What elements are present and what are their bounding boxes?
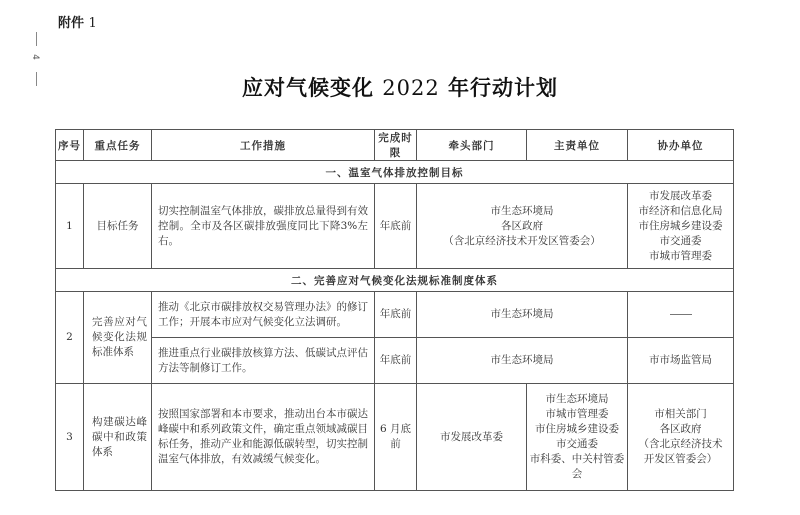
row-no: 1 <box>56 184 84 269</box>
row-lead: 市发展改革委 <box>417 384 527 491</box>
title-prefix: 应对气候变化 <box>242 76 374 100</box>
row-no: 2 <box>56 292 84 384</box>
table-row: 2 完善应对气候变化法规标准体系 推动《北京市碳排放权交易管理办法》的修订工作；… <box>56 292 734 338</box>
unit: （含北京经济技术 <box>628 437 733 452</box>
section-row: 一、温室气体排放控制目标 <box>56 161 734 184</box>
row-responsible: 市生态环境局 市城市管理委 市住房城乡建设委 市交通委 市科委、中关村管委会 <box>527 384 628 491</box>
unit: （含北京经济技术开发区管委会） <box>417 234 627 249</box>
attachment-label-text: 附件 <box>58 16 84 31</box>
row-task: 构建碳达峰碳中和政策体系 <box>84 384 152 491</box>
row-task: 完善应对气候变化法规标准体系 <box>84 292 152 384</box>
header-task: 重点任务 <box>84 130 152 161</box>
table-row: 3 构建碳达峰碳中和政策体系 按照国家部署和本市要求，推动出台本市碳达峰碳中和系… <box>56 384 734 491</box>
unit: 市城市管理委 <box>628 249 733 264</box>
title-year: 2022 <box>382 76 439 100</box>
page-title: 应对气候变化 2022 年行动计划 <box>0 72 800 102</box>
unit: 市生态环境局 <box>417 204 627 219</box>
unit: 市交通委 <box>628 234 733 249</box>
row-measure: 推进重点行业碳排放核算方法、低碳试点评估方法等制修订工作。 <box>152 338 375 384</box>
unit: 市住房城乡建设委 <box>527 422 627 437</box>
row-assisting: 市相关部门 各区政府 （含北京经济技术 开发区管委会） <box>628 384 734 491</box>
section-heading: 一、温室气体排放控制目标 <box>56 161 734 184</box>
unit: 开发区管委会） <box>628 452 733 467</box>
header-responsible: 主责单位 <box>527 130 628 161</box>
row-lead-responsible: 市生态环境局 各区政府 （含北京经济技术开发区管委会） <box>417 184 628 269</box>
attachment-label: 附件 1 <box>58 12 97 31</box>
unit: 市生态环境局 <box>527 392 627 407</box>
row-task: 目标任务 <box>84 184 152 269</box>
row-assisting: 市市场监管局 <box>628 338 734 384</box>
section-row: 二、完善应对气候变化法规标准制度体系 <box>56 269 734 292</box>
row-deadline: 年底前 <box>375 184 417 269</box>
row-deadline: 年底前 <box>375 338 417 384</box>
unit: 各区政府 <box>417 219 627 234</box>
margin-line-top <box>36 32 37 46</box>
header-no: 序号 <box>56 130 84 161</box>
row-lead-responsible: 市生态环境局 <box>417 292 628 338</box>
unit: 市发展改革委 <box>628 189 733 204</box>
row-measure: 切实控制温室气体排放，碳排放总量得到有效控制。全市及各区碳排放强度同比下降3%左… <box>152 184 375 269</box>
title-suffix: 年行动计划 <box>448 76 558 100</box>
header-assisting: 协办单位 <box>628 130 734 161</box>
unit: 市城市管理委 <box>527 407 627 422</box>
table-row: 推进重点行业碳排放核算方法、低碳试点评估方法等制修订工作。 年底前 市生态环境局… <box>56 338 734 384</box>
action-plan-table: 序号 重点任务 工作措施 完成时限 牵头部门 主责单位 协办单位 一、温室气体排… <box>55 129 734 491</box>
table-header-row: 序号 重点任务 工作措施 完成时限 牵头部门 主责单位 协办单位 <box>56 130 734 161</box>
dash-placeholder <box>670 314 692 315</box>
section-heading: 二、完善应对气候变化法规标准制度体系 <box>56 269 734 292</box>
row-deadline: 6 月底前 <box>375 384 417 491</box>
header-deadline: 完成时限 <box>375 130 417 161</box>
unit: 市交通委 <box>527 437 627 452</box>
unit: 市科委、中关村管委会 <box>527 452 627 482</box>
row-measure: 推动《北京市碳排放权交易管理办法》的修订工作；开展本市应对气候变化立法调研。 <box>152 292 375 338</box>
unit: 市相关部门 <box>628 407 733 422</box>
row-measure: 按照国家部署和本市要求，推动出台本市碳达峰碳中和系列政策文件，确定重点领域减碳目… <box>152 384 375 491</box>
unit: 各区政府 <box>628 422 733 437</box>
attachment-number: 1 <box>89 16 97 31</box>
row-deadline: 年底前 <box>375 292 417 338</box>
unit: 市住房城乡建设委 <box>628 219 733 234</box>
row-no: 3 <box>56 384 84 491</box>
header-measure: 工作措施 <box>152 130 375 161</box>
margin-page-number: 4 <box>30 54 40 60</box>
row-assisting: 市发展改革委 市经济和信息化局 市住房城乡建设委 市交通委 市城市管理委 <box>628 184 734 269</box>
header-lead: 牵头部门 <box>417 130 527 161</box>
row-lead-responsible: 市生态环境局 <box>417 338 628 384</box>
row-assisting <box>628 292 734 338</box>
unit: 市经济和信息化局 <box>628 204 733 219</box>
table-row: 1 目标任务 切实控制温室气体排放，碳排放总量得到有效控制。全市及各区碳排放强度… <box>56 184 734 269</box>
